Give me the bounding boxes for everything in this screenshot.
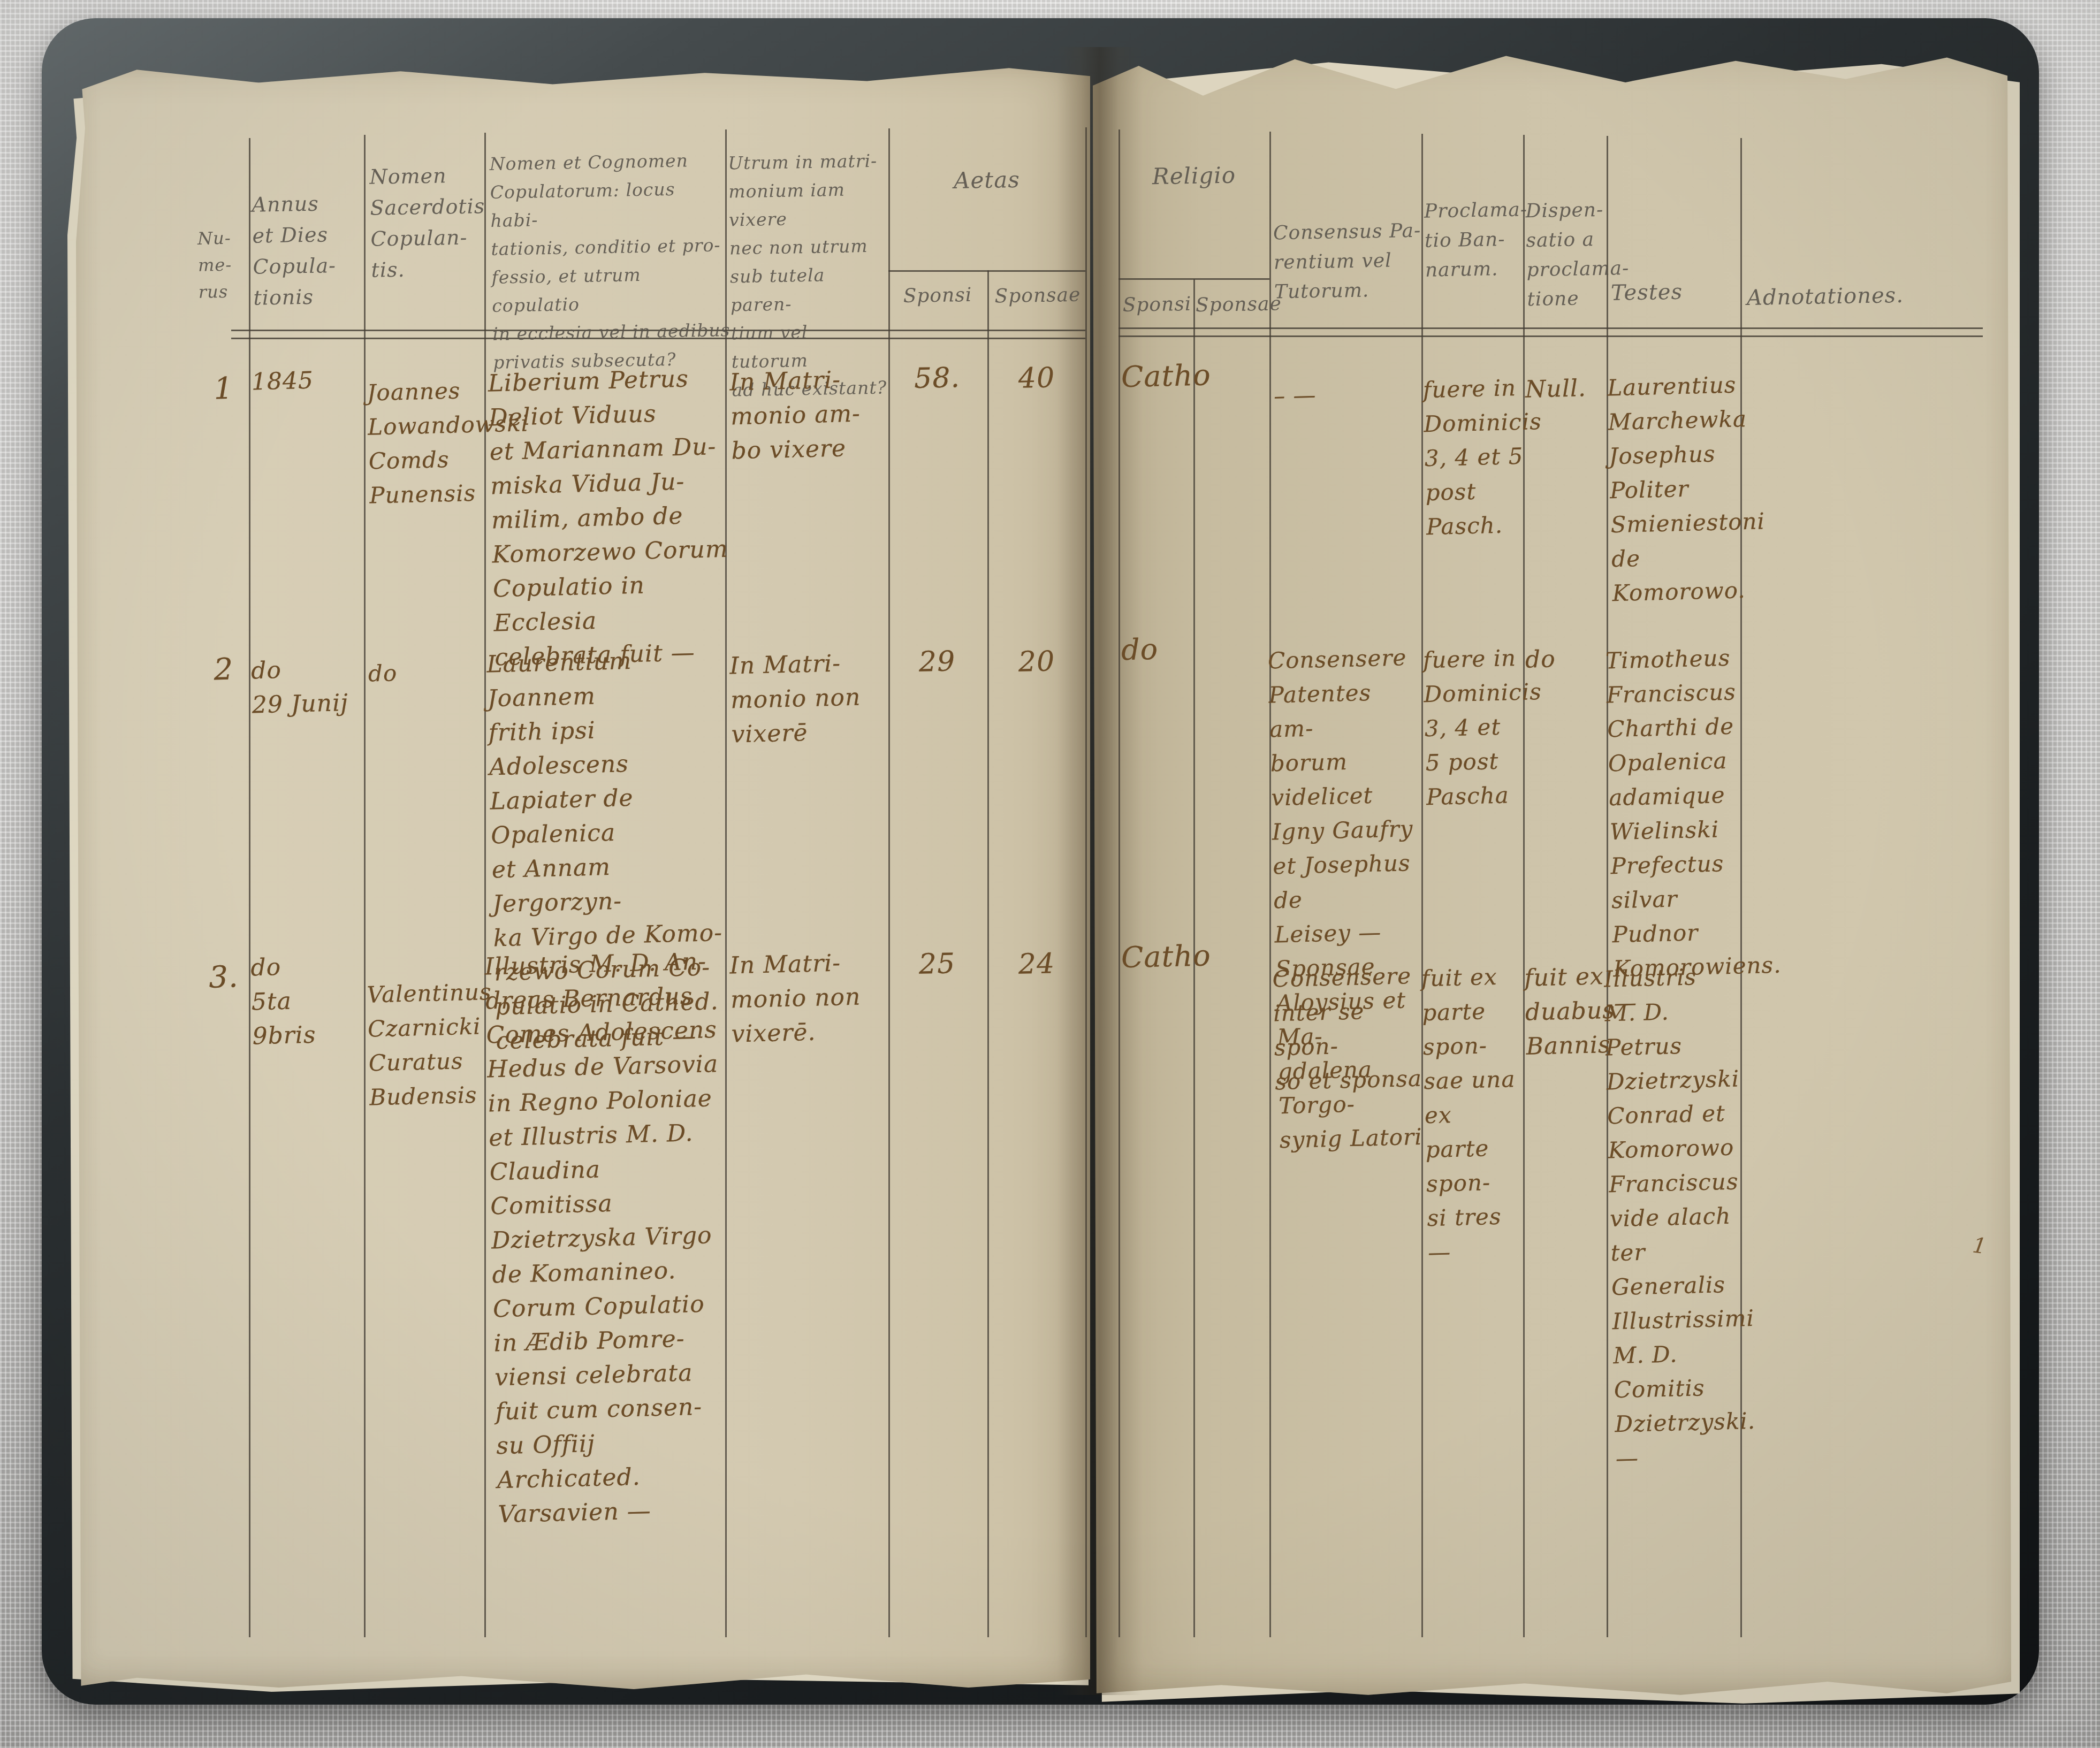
entry-cell-proclamatio: fuere in Dominicis 3, 4 et 5 post Pasch. [1422,371,1526,544]
header-rule [888,270,1085,272]
column-header-aetas_sponsae: Sponsae [989,281,1087,310]
entry-cell-consensus: – — [1273,376,1425,414]
column-rule [364,135,366,1637]
column-rule [249,138,250,1637]
column-header-aetas: Aetas [888,163,1086,198]
entry-cell-annus: do 5ta 9bris [250,949,363,1054]
column-header-religio_sponsi: Sponsi [1120,291,1195,319]
column-header-consensus: Consensus Pa- rentium vel Tutorum. [1273,216,1424,307]
column-rule [1607,136,1608,1637]
column-header-religio: Religio [1119,159,1270,194]
column-header-adnotationes: Adnotationes. [1747,280,1929,313]
entry-cell-utrum: In Matri- monio non vixerē. [729,945,887,1051]
entry-cell-dispensatio: fuit ex duabus Bannis [1524,959,1607,1064]
entry-cell-sacerdos: do [368,654,483,691]
entry-cell-dispensatio: do [1525,641,1606,677]
entry-cell-numerus: 1 [199,371,249,407]
column-header-sacerdos: Nomen Sacerdotis Copulan- tis. [369,159,484,286]
entry-cell-sacerdos: Joannes Lowandowski Comds Punensis [367,373,485,513]
entry-cell-aetas_sponsi: 58. [889,360,985,396]
column-rule [1523,135,1525,1637]
header-rule [1119,278,1269,280]
entry-cell-sacerdos: Valentinus Czarnicki Curatus Budensis [367,975,485,1115]
entry-cell-aetas_sponsi: 29 [889,644,985,680]
column-rule [1119,129,1120,1637]
entry-cell-religio_sponsi: Catho [1121,357,1267,395]
column-rule [1269,132,1271,1637]
column-header-copulati: Nomen et Cognomen Copulatorum: locus hab… [489,146,732,377]
entry-cell-annus: 1845 [251,363,362,400]
column-header-numerus: Nu- me- rus [197,224,253,306]
entry-cell-numerus: 3. [199,960,249,995]
column-rule [1085,127,1087,1637]
entry-cell-numerus: 2 [199,652,249,688]
entry-cell-aetas_sponsae: 40 [988,360,1085,396]
entry-cell-dispensatio: Null. [1525,371,1606,407]
column-header-proclamatio: Proclama- tio Ban- narum. [1424,195,1526,285]
entry-cell-aetas_sponsae: 24 [988,946,1085,982]
entry-cell-annus: do 29 Junij [250,652,362,723]
entry-cell-religio_sponsi: do [1121,630,1267,668]
entry-cell-aetas_sponsae: 20 [988,644,1085,680]
column-header-dispensatio: Dispen- satio a proclama- tione [1525,195,1609,315]
entry-cell-copulati: Liberium Petrus Deliot Viduus et Mariann… [488,361,735,675]
photo-canvas: Nu- me- rusAnnus et Dies Copula- tionisN… [0,0,2100,1748]
entry-cell-religio_sponsi: Catho [1121,937,1267,975]
column-rule [484,133,486,1637]
entry-cell-aetas_sponsi: 25 [889,946,985,982]
entry-cell-copulati: Illustris M. D. An- dreas Bernardus Come… [484,944,738,1532]
entry-cell-utrum: In Matri- monio am- bo vixere [729,362,887,468]
column-rule [888,128,890,1637]
entry-cell-proclamatio: fuere in Dominicis 3, 4 et 5 post Pascha [1422,641,1526,814]
entry-cell-testes: Laurentius Marchewka Josephus Politer Sm… [1607,368,1760,611]
header-rule [1119,327,1983,329]
column-header-testes: Testes [1611,276,1729,308]
entry-cell-testes: Illustris M. D. Petrus Dzietrzyski Conra… [1603,959,1763,1476]
column-header-religio_sponsae: Sponsae [1196,291,1271,319]
header-rule [1119,335,1983,337]
column-header-aetas_sponsi: Sponsi [889,281,986,310]
entry-cell-proclamatio: fuit ex parte spon- sae una ex parte spo… [1421,959,1528,1270]
entry-cell-utrum: In Matri- monio non vixerē [729,645,887,752]
entry-cell-consensus: Consensere inter se spon- so et sponsa [1272,959,1426,1100]
column-header-annus: Annus et Dies Copula- tionis [252,187,361,313]
